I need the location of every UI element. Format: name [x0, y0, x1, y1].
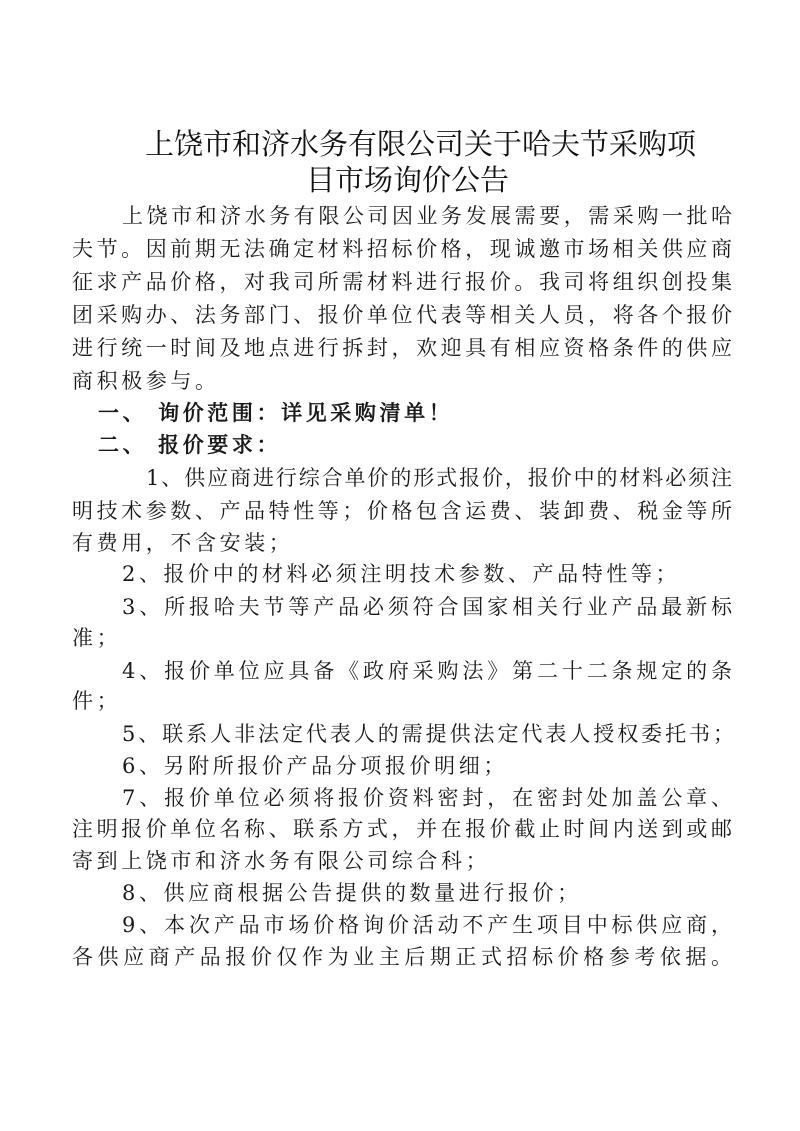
intro-line: 进行统一时间及地点进行拆封，欢迎具有相应资格条件的供应 [72, 335, 732, 361]
requirement-line: 有费用，不含安装； [72, 530, 732, 556]
intro-line: 上饶市和济水务有限公司因业务发展需要，需采购一批哈 [122, 203, 732, 229]
requirement-line: 3、所报哈夫节等产品必须符合国家相关行业产品最新标 [122, 594, 732, 620]
requirement-line: 1、供应商进行综合单价的形式报价，报价中的材料必须注 [146, 465, 732, 491]
intro-line: 团采购办、法务部门、报价单位代表等相关人员，将各个报价 [72, 302, 732, 328]
document-title-line-2: 目市场询价公告 [306, 158, 800, 199]
intro-line: 夫节。因前期无法确定材料招标价格，现诚邀市场相关供应商 [72, 236, 732, 262]
requirement-line: 5、联系人非法定代表人的需提供法定代表人授权委托书； [122, 721, 734, 747]
requirement-line: 4、报价单位应具备《政府采购法》第二十二条规定的条 [122, 658, 732, 684]
requirement-line: 9、本次产品市场价格询价活动不产生项目中标供应商， [122, 912, 732, 938]
requirement-line: 各供应商产品报价仅作为业主后期正式招标价格参考依据。 [72, 944, 732, 970]
requirement-line: 2、报价中的材料必须注明技术参数、产品特性等； [122, 561, 782, 587]
document-page: 上饶市和济水务有限公司关于哈夫节采购项 目市场询价公告 上饶市和济水务有限公司因… [0, 0, 800, 1131]
requirement-line: 6、另附所报价产品分项报价明细； [122, 753, 782, 779]
requirement-line: 明技术参数、产品特性等；价格包含运费、装卸费、税金等所 [72, 498, 732, 524]
requirement-line: 8、供应商根据公告提供的数量进行报价； [122, 880, 782, 906]
requirement-line: 7、报价单位必须将报价资料密封，在密封处加盖公章、 [122, 785, 732, 811]
requirement-line: 准； [72, 625, 732, 651]
document-title-line-1: 上饶市和济水务有限公司关于哈夫节采购项 [145, 122, 800, 163]
requirement-line: 寄到上饶市和济水务有限公司综合科； [72, 848, 732, 874]
intro-line: 商积极参与。 [72, 368, 732, 394]
requirement-line: 注明报价单位名称、联系方式，并在报价截止时间内送到或邮 [72, 816, 732, 842]
section-heading-requirements: 二、 报价要求： [98, 432, 758, 458]
intro-line: 征求产品价格，对我司所需材料进行报价。我司将组织创投集 [72, 269, 732, 295]
section-heading-scope: 一、 询价范围：详见采购清单！ [98, 400, 758, 426]
requirement-line: 件； [72, 688, 732, 714]
